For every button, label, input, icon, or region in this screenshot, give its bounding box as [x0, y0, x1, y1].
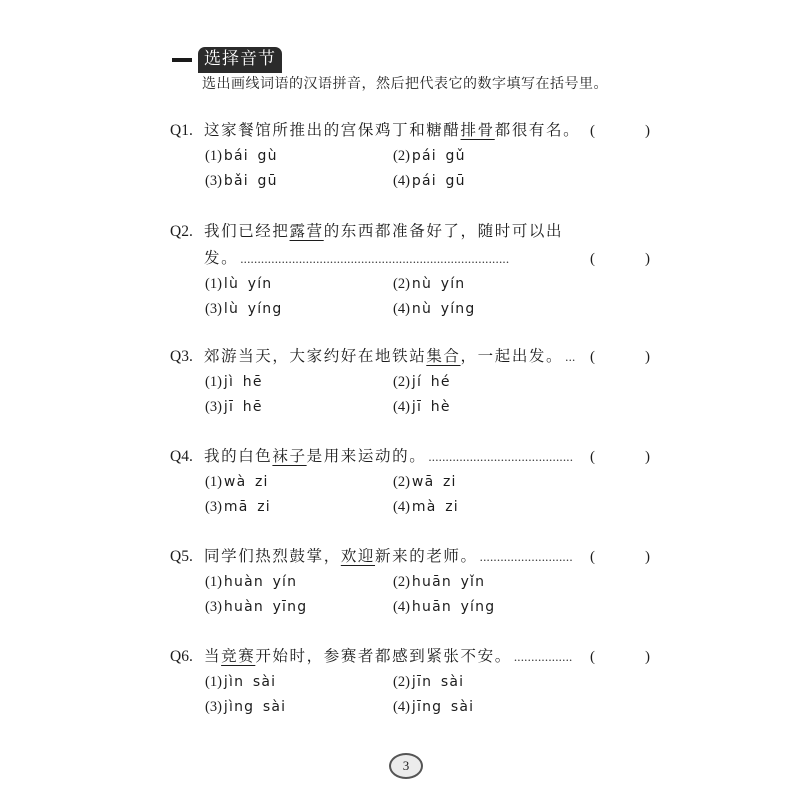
question-text: 同学们热烈鼓掌，欢迎新来的老师。 [204, 543, 478, 569]
option-2: (2)jīn sài [393, 670, 581, 695]
option-3: (3)jī hē [205, 395, 393, 420]
option-2: (2)wā zi [393, 470, 581, 495]
underlined-word: 集合 [426, 347, 460, 365]
question-text: 我们已经把露营的东西都准备好了，随时可以出 [204, 218, 563, 244]
options-grid: (1)wà zi (2)wā zi (3)mā zi (4)mà zi [205, 470, 650, 520]
options-grid: (1)huàn yín (2)huān yǐn (3)huàn yīng (4)… [205, 570, 650, 620]
instruction-text: 选出画线词语的汉语拼音，然后把代表它的数字填写在括号里。 [202, 74, 608, 94]
option-4: (4)nù yíng [393, 297, 581, 322]
section-title: 选择音节 [198, 47, 282, 73]
option-3: (3)mā zi [205, 495, 393, 520]
question-stem: Q2. 我们已经把露营的东西都准备好了，随时可以出 [170, 218, 650, 245]
option-2: (2)nù yín [393, 272, 581, 297]
option-4: (4)huān yíng [393, 595, 581, 620]
option-number: (1) [205, 272, 222, 297]
option-1: (1)jìn sài [205, 670, 393, 695]
option-pinyin: jī hè [412, 395, 451, 420]
option-pinyin: huān yǐn [412, 570, 485, 595]
question-number: Q3. [170, 344, 204, 370]
option-pinyin: nù yín [412, 272, 465, 297]
option-number: (2) [393, 272, 410, 297]
option-number: (3) [205, 297, 222, 322]
worksheet-page: 选择音节 选出画线词语的汉语拼音，然后把代表它的数字填写在括号里。 Q1. 这家… [0, 0, 800, 800]
option-pinyin: huān yíng [412, 595, 495, 620]
underlined-word: 欢迎 [341, 547, 375, 565]
answer-blank[interactable]: () [590, 118, 650, 144]
option-pinyin: huàn yín [224, 570, 297, 595]
question-5: Q5. 同学们热烈鼓掌，欢迎新来的老师。 ...................… [170, 543, 650, 620]
option-number: (2) [393, 670, 410, 695]
option-pinyin: pái gǔ [412, 144, 466, 169]
option-pinyin: jìn sài [224, 670, 276, 695]
option-pinyin: wā zi [412, 470, 457, 495]
underlined-word: 露营 [290, 222, 324, 240]
option-pinyin: jīng sài [412, 695, 474, 720]
option-pinyin: bái gù [224, 144, 278, 169]
option-number: (4) [393, 169, 410, 194]
option-1: (1)bái gù [205, 144, 393, 169]
text-after: ，一起出发。 [461, 347, 564, 365]
question-stem: Q1. 这家餐馆所推出的宫保鸡丁和糖醋排骨都很有名。 () [170, 117, 650, 144]
option-4: (4)pái gū [393, 169, 581, 194]
text-after: 都很有名。 [495, 121, 581, 139]
question-1: Q1. 这家餐馆所推出的宫保鸡丁和糖醋排骨都很有名。 () (1)bái gù … [170, 117, 650, 194]
option-pinyin: wà zi [224, 470, 269, 495]
question-stem: Q5. 同学们热烈鼓掌，欢迎新来的老师。 ...................… [170, 543, 650, 570]
question-number: Q4. [170, 444, 204, 470]
text-after: 开始时，参赛者都感到紧张不安。 [255, 647, 512, 665]
option-number: (3) [205, 495, 222, 520]
option-4: (4)mà zi [393, 495, 581, 520]
leader-dots: ................. [514, 644, 588, 670]
option-number: (4) [393, 695, 410, 720]
option-3: (3)jìng sài [205, 695, 393, 720]
option-pinyin: pái gū [412, 169, 466, 194]
option-2: (2)pái gǔ [393, 144, 581, 169]
answer-blank[interactable]: () [590, 644, 650, 670]
option-1: (1)wà zi [205, 470, 393, 495]
option-3: (3)bǎi gū [205, 169, 393, 194]
option-3: (3)huàn yīng [205, 595, 393, 620]
question-stem: Q6. 当竞赛开始时，参赛者都感到紧张不安。 .................… [170, 643, 650, 670]
option-number: (3) [205, 169, 222, 194]
question-6: Q6. 当竞赛开始时，参赛者都感到紧张不安。 .................… [170, 643, 650, 720]
question-number: Q6. [170, 644, 204, 670]
option-number: (2) [393, 470, 410, 495]
option-number: (2) [393, 370, 410, 395]
answer-blank[interactable]: () [590, 246, 650, 272]
option-number: (4) [393, 495, 410, 520]
option-number: (2) [393, 144, 410, 169]
option-pinyin: mā zi [224, 495, 271, 520]
options-grid: (1)jìn sài (2)jīn sài (3)jìng sài (4)jīn… [205, 670, 650, 720]
option-2: (2)jí hé [393, 370, 581, 395]
question-3: Q3. 郊游当天，大家约好在地铁站集合，一起出发。 ... () (1)jì h… [170, 343, 650, 420]
option-4: (4)jīng sài [393, 695, 581, 720]
question-text: 这家餐馆所推出的宫保鸡丁和糖醋排骨都很有名。 [204, 117, 580, 143]
option-number: (3) [205, 695, 222, 720]
option-1: (1)huàn yín [205, 570, 393, 595]
text-before: 同学们热烈鼓掌， [204, 547, 341, 565]
section-header: 选择音节 [172, 47, 282, 73]
option-number: (3) [205, 595, 222, 620]
options-grid: (1)jì hē (2)jí hé (3)jī hē (4)jī hè [205, 370, 650, 420]
underlined-word: 袜子 [272, 447, 306, 465]
option-pinyin: jì hē [224, 370, 263, 395]
paren-open: ( [590, 344, 595, 370]
paren-open: ( [590, 118, 595, 144]
question-text: 我的白色袜子是用来运动的。 [204, 443, 426, 469]
text-after: 是用来运动的。 [307, 447, 427, 465]
option-number: (4) [393, 297, 410, 322]
option-number: (2) [393, 570, 410, 595]
paren-close: ) [645, 344, 650, 370]
paren-open: ( [590, 246, 595, 272]
option-1: (1)lù yín [205, 272, 393, 297]
question-2: Q2. 我们已经把露营的东西都准备好了，随时可以出 发。 ...........… [170, 218, 650, 322]
question-continuation: 发。 .....................................… [170, 245, 650, 272]
paren-close: ) [645, 118, 650, 144]
option-number: (1) [205, 144, 222, 169]
underlined-word: 竞赛 [221, 647, 255, 665]
paren-close: ) [645, 444, 650, 470]
option-pinyin: lù yín [224, 272, 272, 297]
text-before: 我的白色 [204, 447, 272, 465]
text-before: 我们已经把 [204, 222, 290, 240]
option-pinyin: lù yíng [224, 297, 283, 322]
paren-open: ( [590, 444, 595, 470]
option-number: (3) [205, 395, 222, 420]
paren-open: ( [590, 544, 595, 570]
option-number: (1) [205, 370, 222, 395]
question-stem: Q3. 郊游当天，大家约好在地铁站集合，一起出发。 ... () [170, 343, 650, 370]
option-number: (1) [205, 470, 222, 495]
paren-close: ) [645, 246, 650, 272]
question-text: 当竞赛开始时，参赛者都感到紧张不安。 [204, 643, 512, 669]
option-number: (1) [205, 570, 222, 595]
continuation-text: 发。 [204, 245, 238, 271]
question-number: Q1. [170, 118, 204, 144]
page-number-badge: 3 [389, 753, 423, 779]
option-number: (4) [393, 595, 410, 620]
text-before: 这家餐馆所推出的宫保鸡丁和糖醋 [204, 121, 461, 139]
text-before: 郊游当天，大家约好在地铁站 [204, 347, 426, 365]
options-grid: (1)bái gù (2)pái gǔ (3)bǎi gū (4)pái gū [205, 144, 650, 194]
question-number: Q2. [170, 219, 204, 245]
option-pinyin: mà zi [412, 495, 459, 520]
option-pinyin: jìng sài [224, 695, 286, 720]
option-2: (2)huān yǐn [393, 570, 581, 595]
answer-blank[interactable]: () [590, 344, 650, 370]
option-pinyin: bǎi gū [224, 169, 278, 194]
paren-open: ( [590, 644, 595, 670]
leader-dots: ........................................… [428, 444, 588, 470]
section-dash-icon [172, 58, 192, 62]
question-number: Q5. [170, 544, 204, 570]
option-pinyin: huàn yīng [224, 595, 307, 620]
options-grid: (1)lù yín (2)nù yín (3)lù yíng (4)nù yín… [205, 272, 650, 322]
text-after: 新来的老师。 [375, 547, 478, 565]
question-stem: Q4. 我的白色袜子是用来运动的。 ......................… [170, 443, 650, 470]
paren-close: ) [645, 544, 650, 570]
text-before: 当 [204, 647, 221, 665]
option-3: (3)lù yíng [205, 297, 393, 322]
option-pinyin: jī hē [224, 395, 263, 420]
leader-dots: ........................................… [240, 246, 588, 272]
option-1: (1)jì hē [205, 370, 393, 395]
option-pinyin: jīn sài [412, 670, 464, 695]
question-text: 郊游当天，大家约好在地铁站集合，一起出发。 [204, 343, 563, 369]
option-4: (4)jī hè [393, 395, 581, 420]
leader-dots: ... [565, 344, 588, 370]
underlined-word: 排骨 [461, 121, 495, 139]
paren-close: ) [645, 644, 650, 670]
answer-blank[interactable]: () [590, 544, 650, 570]
option-number: (4) [393, 395, 410, 420]
question-4: Q4. 我的白色袜子是用来运动的。 ......................… [170, 443, 650, 520]
option-pinyin: jí hé [412, 370, 451, 395]
option-number: (1) [205, 670, 222, 695]
answer-blank[interactable]: () [590, 444, 650, 470]
text-after: 的东西都准备好了，随时可以出 [324, 222, 563, 240]
leader-dots: ........................... [480, 544, 588, 570]
option-pinyin: nù yíng [412, 297, 476, 322]
